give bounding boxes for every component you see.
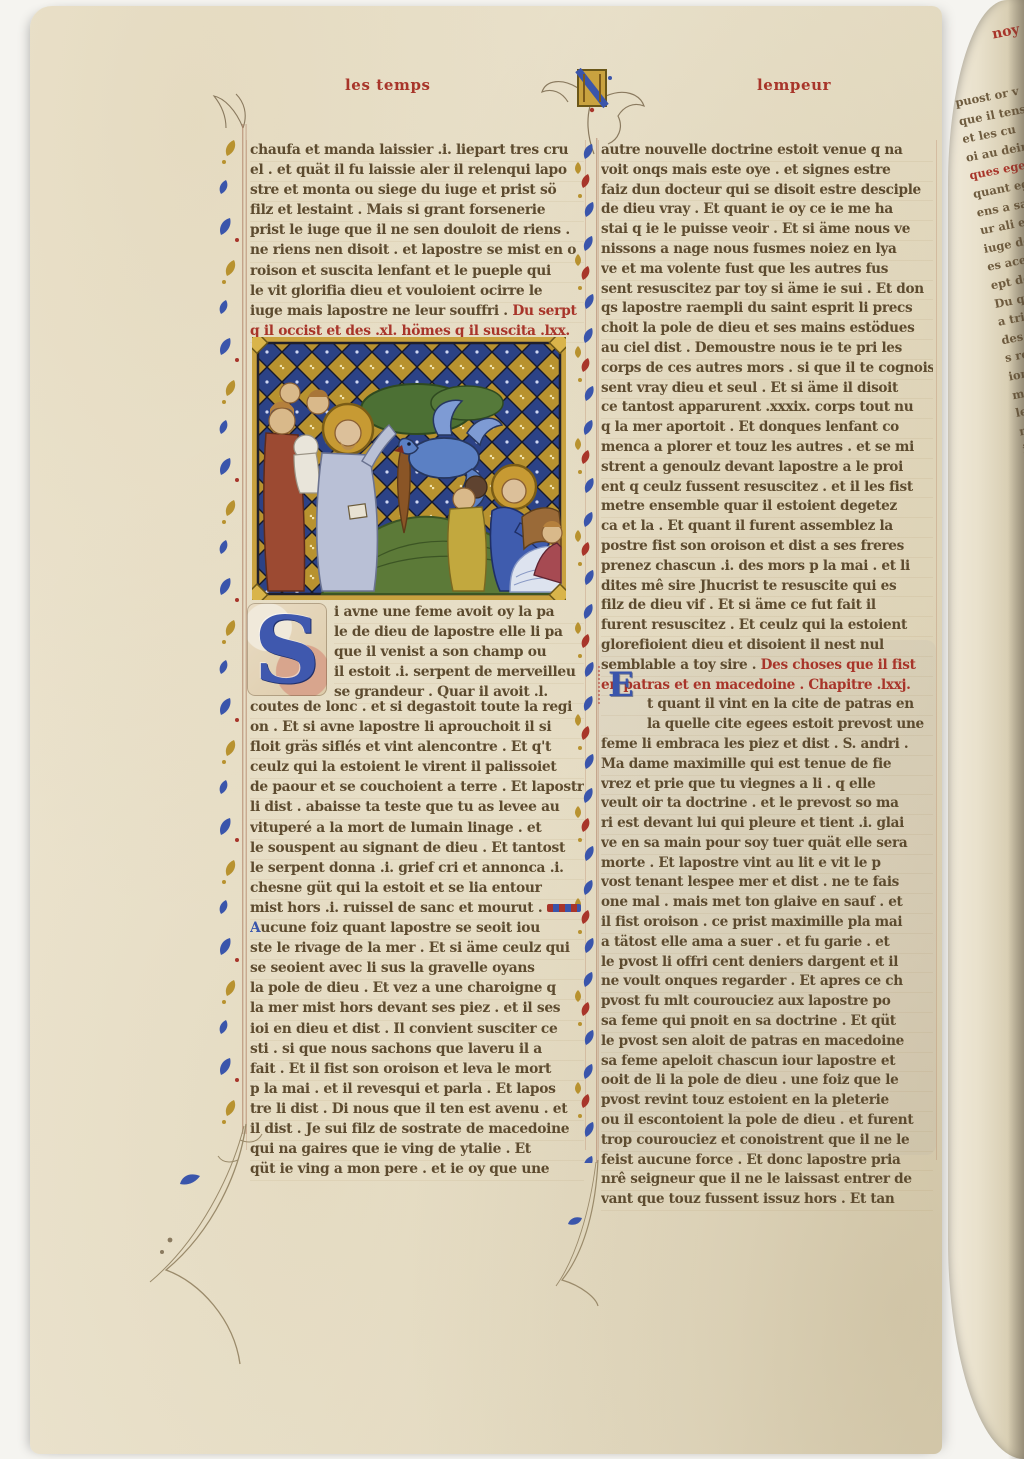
text-segment: le souspent au signant de dieu . Et tant… xyxy=(250,840,565,856)
text-line: iuge mais lapostre ne leur souffri . Du … xyxy=(250,303,584,323)
text-segment: il dist . Je sui filz de sostrate de mac… xyxy=(250,1121,569,1137)
text-segment: qui na gaires que ie ving de ytalie . Et xyxy=(250,1141,531,1157)
text-segment: le vit glorifia dieu et vouloient ocirre… xyxy=(250,283,542,299)
text-segment: nissons a nage nous fusmes noiez en lya xyxy=(601,241,896,257)
text-line: semblable a toy sire . Des choses que il… xyxy=(601,657,933,677)
text-segment: sent vray dieu et seul . Et si äme il di… xyxy=(601,380,898,396)
text-column-right: autre nouvelle doctrine estoit venue q n… xyxy=(601,142,933,1211)
text-segment: roison et suscita lenfant et le pueple q… xyxy=(250,263,551,279)
text-segment: morte . Et lapostre vint au lit e vit le… xyxy=(601,855,881,871)
text-segment: ucune foiz quant lapostre se seoit iou xyxy=(260,920,540,936)
text-line: one mal . mais met ton glaive en sauf . … xyxy=(601,894,933,914)
text-line: vant que touz fussent issuz hors . Et ta… xyxy=(601,1191,933,1211)
text-segment: feme li embraca les piez et dist . S. an… xyxy=(601,736,908,752)
text-line: que il venist a son champ ou xyxy=(334,644,584,664)
initial-letter: S xyxy=(254,610,320,690)
text-line: nissons a nage nous fusmes noiez en lya xyxy=(601,241,933,261)
text-segment: ou il escontoient la pole de dieu . et f… xyxy=(601,1112,913,1128)
text-segment: el . et quät il fu laissie aler il relen… xyxy=(250,162,567,178)
text-segment: stai q ie le puisse veoir . Et si äme no… xyxy=(601,221,910,237)
text-line: pvost fu mlt courouciez aux lapostre po xyxy=(601,993,933,1013)
book-edge-shadow xyxy=(1008,0,1024,1459)
text-line: le de dieu de lapostre elle li pa xyxy=(334,624,584,644)
text-segment: Ma dame maximille qui est tenue de fie xyxy=(601,756,891,772)
text-line: on . Et si avne lapostre li aprouchoit i… xyxy=(250,719,584,739)
text-segment: il estoit .i. serpent de merveilleu xyxy=(334,664,576,680)
text-line: il estoit .i. serpent de merveilleu xyxy=(334,664,584,684)
text-line: sti . si que nous sachons que laveru il … xyxy=(250,1041,584,1061)
text-column-left-top: chaufa et manda laissier .i. liepart tre… xyxy=(250,142,584,343)
text-segment: feist aucune force . Et donc lapostre pr… xyxy=(601,1152,901,1168)
text-segment: nrê seigneur que il ne le laissast entre… xyxy=(601,1171,912,1187)
text-segment: coutes de lonc . et si degastoit toute l… xyxy=(250,699,572,715)
text-segment: se seoient avec li sus la gravelle oyans xyxy=(250,960,535,976)
text-line: furent resuscitez . Et ceulz qui la esto… xyxy=(601,617,933,637)
text-line: stre et monta ou siege du iuge et prist … xyxy=(250,182,584,202)
text-line: qui na gaires que ie ving de ytalie . Et xyxy=(250,1141,584,1161)
text-line: vituperé a la mort de lumain linage . et xyxy=(250,820,584,840)
line-filler xyxy=(547,904,581,912)
text-line: la quelle cite egees estoit prevost une xyxy=(601,716,933,736)
text-line: choit la pole de dieu et ses mains estöd… xyxy=(601,320,933,340)
text-line: roison et suscita lenfant et le pueple q… xyxy=(250,263,584,283)
text-segment: la pole de dieu . Et vez a une charoigne… xyxy=(250,980,556,996)
text-line: p la mai . et il revesqui et parla . Et … xyxy=(250,1081,584,1101)
text-segment: a tätost elle ama a suer . et fu garie .… xyxy=(601,934,889,950)
text-line: ve et ma volente fust que les autres fus xyxy=(601,261,933,281)
text-line: ioi en dieu et dist . Il convient suscit… xyxy=(250,1021,584,1041)
text-segment: ne voult onques regarder . Et apres ce c… xyxy=(601,973,903,989)
text-line: vost tenant lespee mer et dist . ne te f… xyxy=(601,874,933,894)
text-segment: postre fist son oroison et dist a ses fr… xyxy=(601,538,904,554)
text-line: stai q ie le puisse veoir . Et si äme no… xyxy=(601,221,933,241)
text-segment: A xyxy=(250,920,260,936)
text-segment: sent resuscitez par toy si äme ie sui . … xyxy=(601,281,924,297)
text-segment: sa feme qui pnoit en sa doctrine . Et qü… xyxy=(601,1013,896,1029)
text-segment: prist le iuge que il ne sen douloit de r… xyxy=(250,222,570,238)
initial-letter: E xyxy=(608,665,634,705)
text-line: nrê seigneur que il ne le laissast entre… xyxy=(601,1171,933,1191)
text-segment: ca et la . Et quant il furent assemblez … xyxy=(601,518,893,534)
text-segment: ioi en dieu et dist . Il convient suscit… xyxy=(250,1021,557,1037)
text-segment: iuge mais lapostre ne leur souffri . xyxy=(250,303,512,319)
text-segment: vant que touz fussent issuz hors . Et ta… xyxy=(601,1191,894,1207)
text-line: veult oir ta doctrine . et le prevost so… xyxy=(601,795,933,815)
text-line: en patras et en macedoine . Chapitre .lx… xyxy=(601,677,933,697)
text-line: ste le rivage de la mer . Et si äme ceul… xyxy=(250,940,584,960)
text-line: ne riens nen disoit . et lapostre se mis… xyxy=(250,242,584,262)
text-line: autre nouvelle doctrine estoit venue q n… xyxy=(601,142,933,162)
text-line: ve en sa main pour soy tuer quät elle se… xyxy=(601,835,933,855)
text-segment: chaufa et manda laissier .i. liepart tre… xyxy=(250,142,568,158)
text-line: filz de dieu vif . Et si äme ce fut fait… xyxy=(601,597,933,617)
text-segment: ce tantost apparurent .xxxix. corps tout… xyxy=(601,399,913,415)
text-segment: t quant il vint en la cite de patras en xyxy=(647,696,914,712)
text-line: ri est devant lui qui pleure et tient .i… xyxy=(601,815,933,835)
text-segment: autre nouvelle doctrine estoit venue q n… xyxy=(601,142,902,158)
text-segment: Du serpt xyxy=(512,303,576,319)
text-line: ceulz qui la estoient le virent il palis… xyxy=(250,759,584,779)
text-line: li dist . abaisse ta teste que tu as lev… xyxy=(250,799,584,819)
text-line: floit gräs siflés et vint alencontre . E… xyxy=(250,739,584,759)
miniature-illustration xyxy=(252,337,566,600)
text-line: fait . Et il fist son oroison et leva le… xyxy=(250,1061,584,1081)
text-segment: chesne güt qui la estoit et se lia entou… xyxy=(250,880,542,896)
text-line: ce tantost apparurent .xxxix. corps tout… xyxy=(601,399,933,419)
text-segment: se grandeur . Quar il avoit .l. xyxy=(334,684,548,700)
text-line: tre li dist . Di nous que il ten est ave… xyxy=(250,1101,584,1121)
text-line: le pvost sen aloit de patras en macedoin… xyxy=(601,1033,933,1053)
text-line: feist aucune force . Et donc lapostre pr… xyxy=(601,1152,933,1172)
text-segment: Des choses que il fist xyxy=(761,657,916,673)
text-line: sent vray dieu et seul . Et si äme il di… xyxy=(601,380,933,400)
text-segment: stre et monta ou siege du iuge et prist … xyxy=(250,182,556,198)
text-segment: li dist . abaisse ta teste que tu as lev… xyxy=(250,799,559,815)
text-segment: ri est devant lui qui pleure et tient .i… xyxy=(601,815,904,831)
text-segment: tre li dist . Di nous que il ten est ave… xyxy=(250,1101,567,1117)
text-segment: voit onqs mais este oye . et signes estr… xyxy=(601,162,891,178)
text-segment: le de dieu de lapostre elle li pa xyxy=(334,624,563,640)
text-segment: choit la pole de dieu et ses mains estöd… xyxy=(601,320,914,336)
text-line: pvost revint touz estoient en la pleteri… xyxy=(601,1092,933,1112)
text-line: ooit de li la pole de dieu . une foiz qu… xyxy=(601,1072,933,1092)
text-line: ent q ceulz fussent resuscitez . et il l… xyxy=(601,479,933,499)
text-segment: il fist oroison . ce prist maximille pla… xyxy=(601,914,902,930)
text-segment: le serpent donna .i. grief cri et annonc… xyxy=(250,860,564,876)
text-segment: p la mai . et il revesqui et parla . Et … xyxy=(250,1081,556,1097)
text-segment: de dieu vray . Et quant ie oy ce ie me h… xyxy=(601,201,893,217)
text-segment: ve en sa main pour soy tuer quät elle se… xyxy=(601,835,907,851)
ruling-line xyxy=(936,140,937,1160)
text-segment: ceulz qui la estoient le virent il palis… xyxy=(250,759,556,775)
text-line: qüt ie ving a mon pere . et ie oy que un… xyxy=(250,1161,584,1181)
text-segment: floit gräs siflés et vint alencontre . E… xyxy=(250,739,551,755)
text-line: vrez et prie que tu viegnes a li . q ell… xyxy=(601,776,933,796)
text-segment: pvost revint touz estoient en la pleteri… xyxy=(601,1092,889,1108)
text-line: ne voult onques regarder . Et apres ce c… xyxy=(601,973,933,993)
book xyxy=(348,504,367,519)
text-line: le souspent au signant de dieu . Et tant… xyxy=(250,840,584,860)
text-segment: le pvost sen aloit de patras en macedoin… xyxy=(601,1033,904,1049)
running-title-left: les temps xyxy=(345,76,431,94)
text-line: t quant il vint en la cite de patras en xyxy=(601,696,933,716)
text-segment: sa feme apeloit chascun iour lapostre et xyxy=(601,1053,895,1069)
text-column-left-bottom: coutes de lonc . et si degastoit toute l… xyxy=(250,699,584,1181)
text-segment: metre ensemble quar il estoient degetez xyxy=(601,498,897,514)
text-line: il dist . Je sui filz de sostrate de mac… xyxy=(250,1121,584,1141)
text-line: prist le iuge que il ne sen douloit de r… xyxy=(250,222,584,242)
text-column-left-beside-initial: i avne une feme avoit oy la pale de dieu… xyxy=(334,604,584,704)
text-segment: vituperé a la mort de lumain linage . et xyxy=(250,820,541,836)
text-segment: faiz dun docteur qui se disoit estre des… xyxy=(601,182,921,198)
text-line: menca a plorer et touz les autres . et s… xyxy=(601,439,933,459)
text-line: coutes de lonc . et si degastoit toute l… xyxy=(250,699,584,719)
text-segment: qüt ie ving a mon pere . et ie oy que un… xyxy=(250,1161,549,1177)
text-segment: trop courouciez et conoistrent que il ne… xyxy=(601,1132,909,1148)
text-segment: filz de dieu vif . Et si äme ce fut fait… xyxy=(601,597,876,613)
text-segment: vrez et prie que tu viegnes a li . q ell… xyxy=(601,776,875,792)
text-line: glorefioient dieu et disoient il nest nu… xyxy=(601,637,933,657)
text-line: il fist oroison . ce prist maximille pla… xyxy=(601,914,933,934)
text-segment: ne riens nen disoit . et lapostre se mis… xyxy=(250,242,576,258)
text-segment: pvost fu mlt courouciez aux lapostre po xyxy=(601,993,890,1009)
decorated-initial-s: S xyxy=(247,603,327,696)
text-line: prenez chascun .i. des mors p la mai . e… xyxy=(601,558,933,578)
text-line: au ciel dist . Demoustre nous ie te pri … xyxy=(601,340,933,360)
text-segment: ste le rivage de la mer . Et si äme ceul… xyxy=(250,940,570,956)
text-line: sa feme qui pnoit en sa doctrine . Et qü… xyxy=(601,1013,933,1033)
text-line: metre ensemble quar il estoient degetez xyxy=(601,498,933,518)
text-line: Aucune foiz quant lapostre se seoit iou xyxy=(250,920,584,940)
running-title-right: lempeur xyxy=(757,76,831,94)
text-segment: on . Et si avne lapostre li aprouchoit i… xyxy=(250,719,551,735)
text-segment: en patras et en macedoine . Chapitre .lx… xyxy=(601,677,911,693)
text-line: corps de ces autres mors . si que il te … xyxy=(601,360,933,380)
text-line: i avne une feme avoit oy la pa xyxy=(334,604,584,624)
text-segment: mist hors .i. ruissel de sanc et mourut … xyxy=(250,900,542,916)
text-line: le serpent donna .i. grief cri et annonc… xyxy=(250,860,584,880)
text-segment: corps de ces autres mors . si que il te … xyxy=(601,360,933,376)
text-segment: qs lapostre raempli du saint esprit li p… xyxy=(601,300,912,316)
text-line: morte . Et lapostre vint au lit e vit le… xyxy=(601,855,933,875)
text-line: de paour et se couchoient a terre . Et l… xyxy=(250,779,584,799)
text-segment: ooit de li la pole de dieu . une foiz qu… xyxy=(601,1072,898,1088)
left-ivy-border xyxy=(210,88,252,1158)
text-line: trop courouciez et conoistrent que il ne… xyxy=(601,1132,933,1152)
text-segment: la mer mist hors devant ses piez . et il… xyxy=(250,1000,560,1016)
text-line: postre fist son oroison et dist a ses fr… xyxy=(601,538,933,558)
manuscript-scan: les temps lempeur xyxy=(0,0,1024,1459)
text-segment: prenez chascun .i. des mors p la mai . e… xyxy=(601,558,910,574)
text-segment: filz et lestaint . Mais si grant forsene… xyxy=(250,202,545,218)
text-line: sent resuscitez par toy si äme ie sui . … xyxy=(601,281,933,301)
text-line: mist hors .i. ruissel de sanc et mourut … xyxy=(250,900,584,920)
text-segment: i avne une feme avoit oy la pa xyxy=(334,604,554,620)
text-segment: strent a genoulz devant lapostre a le pr… xyxy=(601,459,903,475)
text-segment: de paour et se couchoient a terre . Et l… xyxy=(250,779,584,795)
text-line: ca et la . Et quant il furent assemblez … xyxy=(601,518,933,538)
text-segment: dites mê sire Jhucrist te resuscite qui … xyxy=(601,578,896,594)
text-line: a tätost elle ama a suer . et fu garie .… xyxy=(601,934,933,954)
text-line: ou il escontoient la pole de dieu . et f… xyxy=(601,1112,933,1132)
text-segment: one mal . mais met ton glaive en sauf . … xyxy=(601,894,903,910)
text-segment: ve et ma volente fust que les autres fus xyxy=(601,261,888,277)
text-segment: ent q ceulz fussent resuscitez . et il l… xyxy=(601,479,913,495)
text-line: feme li embraca les piez et dist . S. an… xyxy=(601,736,933,756)
text-line: de dieu vray . Et quant ie oy ce ie me h… xyxy=(601,201,933,221)
text-segment: furent resuscitez . Et ceulz qui la esto… xyxy=(601,617,907,633)
text-line: se seoient avec li sus la gravelle oyans xyxy=(250,960,584,980)
text-line: dites mê sire Jhucrist te resuscite qui … xyxy=(601,578,933,598)
text-segment: que il venist a son champ ou xyxy=(334,644,546,660)
text-segment: sti . si que nous sachons que laveru il … xyxy=(250,1041,542,1057)
text-line: le vit glorifia dieu et vouloient ocirre… xyxy=(250,283,584,303)
text-line: la pole de dieu . Et vez a une charoigne… xyxy=(250,980,584,1000)
text-line: q la mer aportoit . Et donques lenfant c… xyxy=(601,419,933,439)
text-segment: q la mer aportoit . Et donques lenfant c… xyxy=(601,419,899,435)
text-segment: au ciel dist . Demoustre nous ie te pri … xyxy=(601,340,902,356)
text-line: chesne güt qui la estoit et se lia entou… xyxy=(250,880,584,900)
text-line: el . et quät il fu laissie aler il relen… xyxy=(250,162,584,182)
text-segment: fait . Et il fist son oroison et leva le… xyxy=(250,1061,551,1077)
text-segment: veult oir ta doctrine . et le prevost so… xyxy=(601,795,899,811)
text-segment: le pvost li offri cent deniers dargent e… xyxy=(601,954,898,970)
text-segment: la quelle cite egees estoit prevost une xyxy=(647,716,924,732)
text-line: la mer mist hors devant ses piez . et il… xyxy=(250,1000,584,1020)
text-line: qs lapostre raempli du saint esprit li p… xyxy=(601,300,933,320)
text-line: strent a genoulz devant lapostre a le pr… xyxy=(601,459,933,479)
text-line: chaufa et manda laissier .i. liepart tre… xyxy=(250,142,584,162)
text-segment: menca a plorer et touz les autres . et s… xyxy=(601,439,914,455)
text-line: voit onqs mais este oye . et signes estr… xyxy=(601,162,933,182)
text-line: le pvost li offri cent deniers dargent e… xyxy=(601,954,933,974)
text-segment: glorefioient dieu et disoient il nest nu… xyxy=(601,637,884,653)
text-segment: vost tenant lespee mer et dist . ne te f… xyxy=(601,874,899,890)
text-line: sa feme apeloit chascun iour lapostre et xyxy=(601,1053,933,1073)
decorated-initial-e: E xyxy=(598,666,642,704)
text-line: filz et lestaint . Mais si grant forsene… xyxy=(250,202,584,222)
text-line: faiz dun docteur qui se disoit estre des… xyxy=(601,182,933,202)
text-line: Ma dame maximille qui est tenue de fie xyxy=(601,756,933,776)
